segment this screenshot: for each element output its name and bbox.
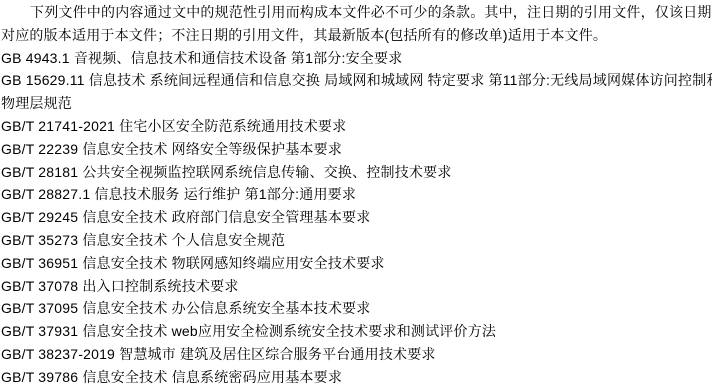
reference-line: GB/T 37931 信息安全技术 web应用安全检测系统安全技术要求和测试评价…	[1, 320, 712, 343]
reference-line: GB/T 37078 出入口控制系统技术要求	[1, 275, 712, 298]
reference-line: GB/T 28827.1 信息技术服务 运行维护 第1部分:通用要求	[1, 183, 712, 206]
normative-references-document: 下列文件中的内容通过文中的规范性引用而构成本文件必不可少的条款。其中，注日期的引…	[0, 0, 712, 389]
reference-line: GB/T 37095 信息安全技术 办公信息系统安全基本技术要求	[1, 297, 712, 320]
reference-line: GB/T 29245 信息安全技术 政府部门信息安全管理基本要求	[1, 206, 712, 229]
reference-line: GB/T 22239 信息安全技术 网络安全等级保护基本要求	[1, 138, 712, 161]
reference-line: GB 4943.1 音视频、信息技术和通信技术设备 第1部分:安全要求	[1, 47, 712, 70]
reference-line: GB/T 21741-2021 住宅小区安全防范系统通用技术要求	[1, 115, 712, 138]
reference-line: GB/T 36951 信息安全技术 物联网感知终端应用安全技术要求	[1, 252, 712, 275]
reference-line: GB/T 28181 公共安全视频监控联网系统信息传输、交换、控制技术要求	[1, 161, 712, 184]
reference-line: GB/T 39786 信息安全技术 信息系统密码应用基本要求	[1, 366, 712, 389]
intro-text-line: 下列文件中的内容通过文中的规范性引用而构成本文件必不可少的条款。其中，注日期的引…	[1, 1, 712, 24]
document-page: { "page": { "background_color": "#ffffff…	[0, 0, 712, 389]
reference-line: GB/T 35273 信息安全技术 个人信息安全规范	[1, 229, 712, 252]
reference-line: GB 15629.11 信息技术 系统间远程通信和信息交换 局域网和城域网 特定…	[1, 69, 712, 92]
reference-line-continuation: 物理层规范	[1, 92, 712, 115]
reference-line: GB/T 38237-2019 智慧城市 建筑及居住区综合服务平台通用技术要求	[1, 343, 712, 366]
intro-text-line: 对应的版本适用于本文件；不注日期的引用文件，其最新版本(包括所有的修改单)适用于…	[1, 24, 712, 47]
